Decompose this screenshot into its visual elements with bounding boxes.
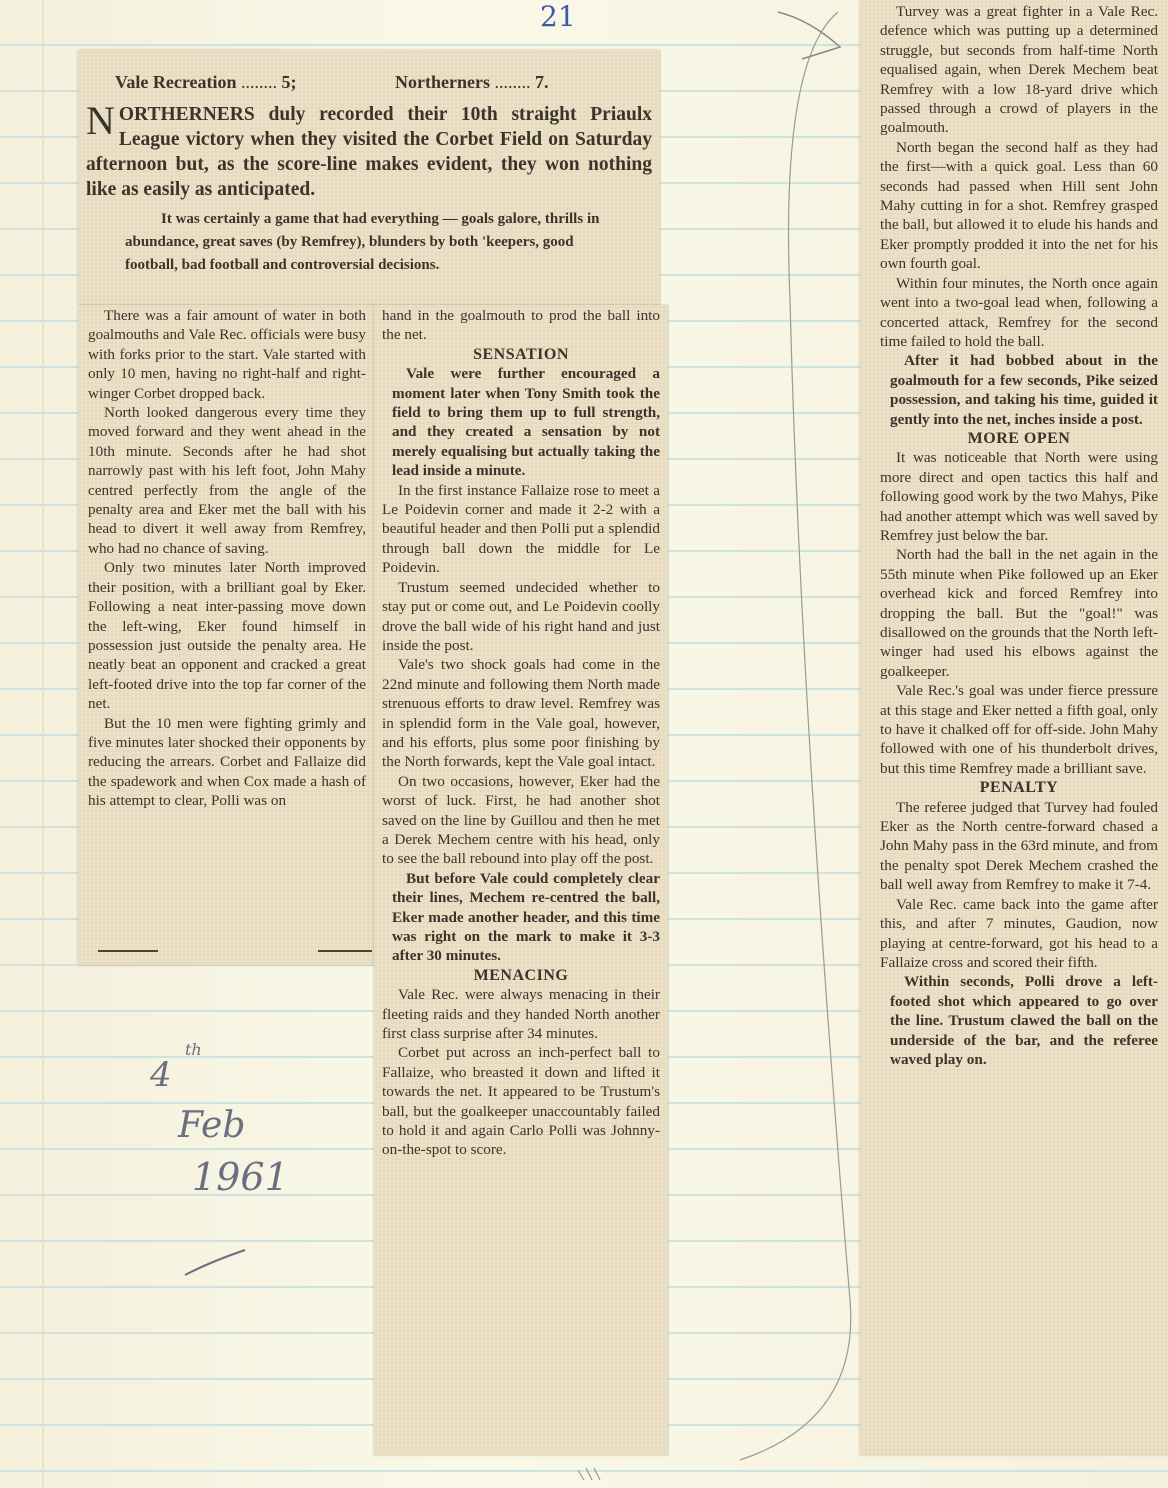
article-paragraph: Turvey was a great fighter in a Vale Rec… xyxy=(880,2,1158,138)
subheading: SENSATION xyxy=(382,345,660,364)
article-paragraph: Vale were further encouraged a moment la… xyxy=(382,364,660,480)
article-paragraph: North had the ball in the net again in t… xyxy=(880,545,1158,681)
away-team: Northerners xyxy=(395,72,490,92)
article-paragraph: But before Vale could completely clear t… xyxy=(382,869,660,966)
article-paragraph: hand in the goalmouth to prod the ball i… xyxy=(382,306,660,345)
article-paragraph: On two occasions, however, Eker had the … xyxy=(382,772,660,869)
away-score: 7. xyxy=(535,72,549,92)
article-paragraph: North began the second half as they had … xyxy=(880,138,1158,274)
article-paragraph: After it had bobbed about in the goalmou… xyxy=(880,351,1158,429)
article-paragraph: Only two minutes later North improved th… xyxy=(88,558,366,713)
home-score: 5; xyxy=(281,72,296,92)
page-margin-line xyxy=(42,0,44,1488)
handwritten-day-suffix: th xyxy=(185,1040,202,1059)
handwritten-year: 1961 xyxy=(192,1155,289,1199)
drop-cap: N xyxy=(86,106,115,136)
subheading: PENALTY xyxy=(880,778,1158,797)
page-number: 21 xyxy=(540,0,576,33)
lead-paragraph: NORTHERNERS duly recorded their 10th str… xyxy=(86,102,652,202)
article-column-b: hand in the goalmouth to prod the ball i… xyxy=(382,306,660,1160)
leader-dots: ........ xyxy=(494,72,530,92)
subheading: MENACING xyxy=(382,966,660,985)
handwritten-month: Feb xyxy=(178,1105,245,1146)
standfirst-text: It was certainly a game that had everyth… xyxy=(125,208,615,277)
article-paragraph: There was a fair amount of water in both… xyxy=(88,306,366,403)
lead-text: ORTHERNERS duly recorded their 10th stra… xyxy=(86,104,652,200)
article-paragraph: Vale's two shock goals had come in the 2… xyxy=(382,655,660,771)
subheading: MORE OPEN xyxy=(880,429,1158,448)
column-end-rule xyxy=(318,950,372,952)
handwritten-day: 4 xyxy=(150,1055,172,1095)
article-column-a: There was a fair amount of water in both… xyxy=(88,306,366,811)
article-paragraph: Corbet put across an inch-perfect ball t… xyxy=(382,1043,660,1159)
article-paragraph: But the 10 men were fighting grimly and … xyxy=(88,714,366,811)
article-paragraph: Trustum seemed undecided whether to stay… xyxy=(382,578,660,656)
score-headline: Vale Recreation ........ 5; Northerners … xyxy=(115,72,655,93)
article-paragraph: Vale Rec. were always menacing in their … xyxy=(382,985,660,1043)
article-paragraph: The referee judged that Turvey had foule… xyxy=(880,798,1158,895)
article-paragraph: It was noticeable that North were using … xyxy=(880,448,1158,545)
leader-dots: ........ xyxy=(241,72,277,92)
article-paragraph: North looked dangerous every time they m… xyxy=(88,403,366,558)
column-end-rule xyxy=(98,950,158,952)
article-paragraph: Vale Rec. came back into the game after … xyxy=(880,895,1158,973)
home-score-line: Vale Recreation ........ 5; xyxy=(115,72,375,93)
article-paragraph: Within four minutes, the North once agai… xyxy=(880,274,1158,352)
standfirst: It was certainly a game that had everyth… xyxy=(125,208,615,277)
away-score-line: Northerners ........ 7. xyxy=(395,72,655,93)
home-team: Vale Recreation xyxy=(115,72,236,92)
article-paragraph: Vale Rec.'s goal was under fierce pressu… xyxy=(880,681,1158,778)
article-paragraph: In the first instance Fallaize rose to m… xyxy=(382,481,660,578)
article-paragraph: Within seconds, Polli drove a left-foote… xyxy=(880,972,1158,1069)
article-column-c: Turvey was a great fighter in a Vale Rec… xyxy=(880,2,1158,1069)
